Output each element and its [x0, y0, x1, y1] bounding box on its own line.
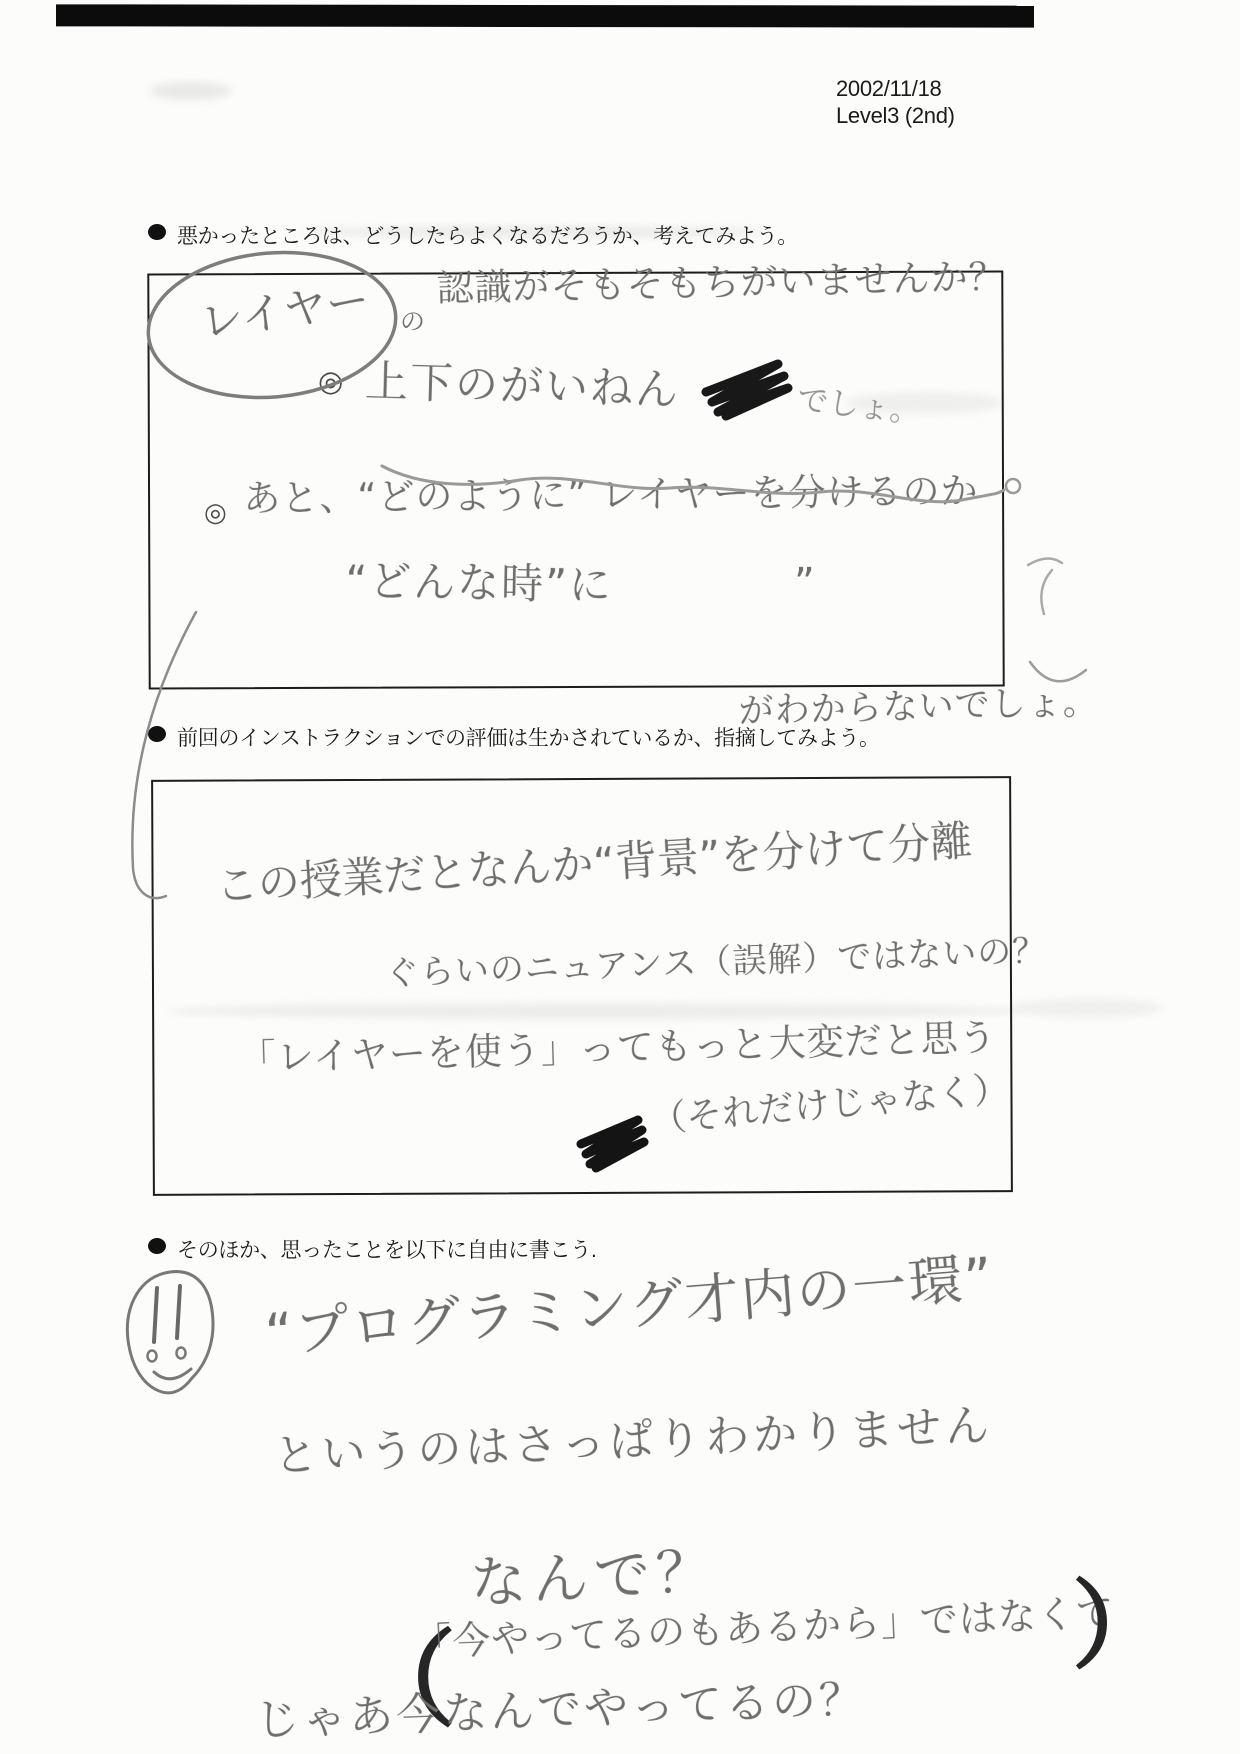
level-text: Level3 (2nd) [836, 103, 955, 130]
hw-box1-line3: あと、“どのように” レイヤーを分けるのか [243, 460, 979, 522]
bullet-icon [148, 726, 166, 742]
hand-mark-right-margin [1028, 558, 1062, 614]
hw-stray-quote: ” [794, 560, 815, 606]
date-text: 2002/11/18 [836, 76, 955, 103]
bullet-icon [148, 1238, 166, 1254]
hw-free-line2: というのはさっぱりわかりません [272, 1389, 994, 1484]
face-doodle [127, 1272, 213, 1393]
scanned-feedback-form: 2002/11/18 Level3 (2nd) 悪かったところは、どうしたらよく… [0, 0, 1240, 1754]
scan-artifact-top-bar [56, 4, 1034, 27]
bullet-icon [148, 224, 166, 240]
hw-below-box1: がわからないでしょ。 [738, 675, 1099, 734]
prompt-1-label: 悪かったところは、どうしたらよくなるだろうか、考えてみよう。 [177, 220, 798, 250]
hw-free-line5: じゃあ今なんでやってるの？ [254, 1663, 867, 1748]
prompt-3-label: そのほか、思ったことを以下に自由に書こう. [177, 1234, 597, 1264]
prompt-1: 悪かったところは、どうしたらよくなるだろうか、考えてみよう。 [148, 220, 798, 250]
scan-smudge [1012, 998, 1162, 1018]
hw-particle-no: の [400, 302, 425, 338]
hw-box1-line2a: 上下のがいねん [364, 348, 681, 418]
hw-box1-line4: “どんな時”に [345, 548, 614, 613]
prompt-3: そのほか、思ったことを以下に自由に書こう. [148, 1234, 597, 1264]
hand-small-circle [1006, 479, 1020, 493]
hw-big-paren-close: ） [1072, 1578, 1168, 1674]
scan-smudge [150, 82, 232, 100]
hw-box1-marker3: ◎ [204, 498, 227, 528]
header-date: 2002/11/18 Level3 (2nd) [836, 76, 955, 130]
hw-box1-marker2: ◎ [318, 364, 343, 398]
